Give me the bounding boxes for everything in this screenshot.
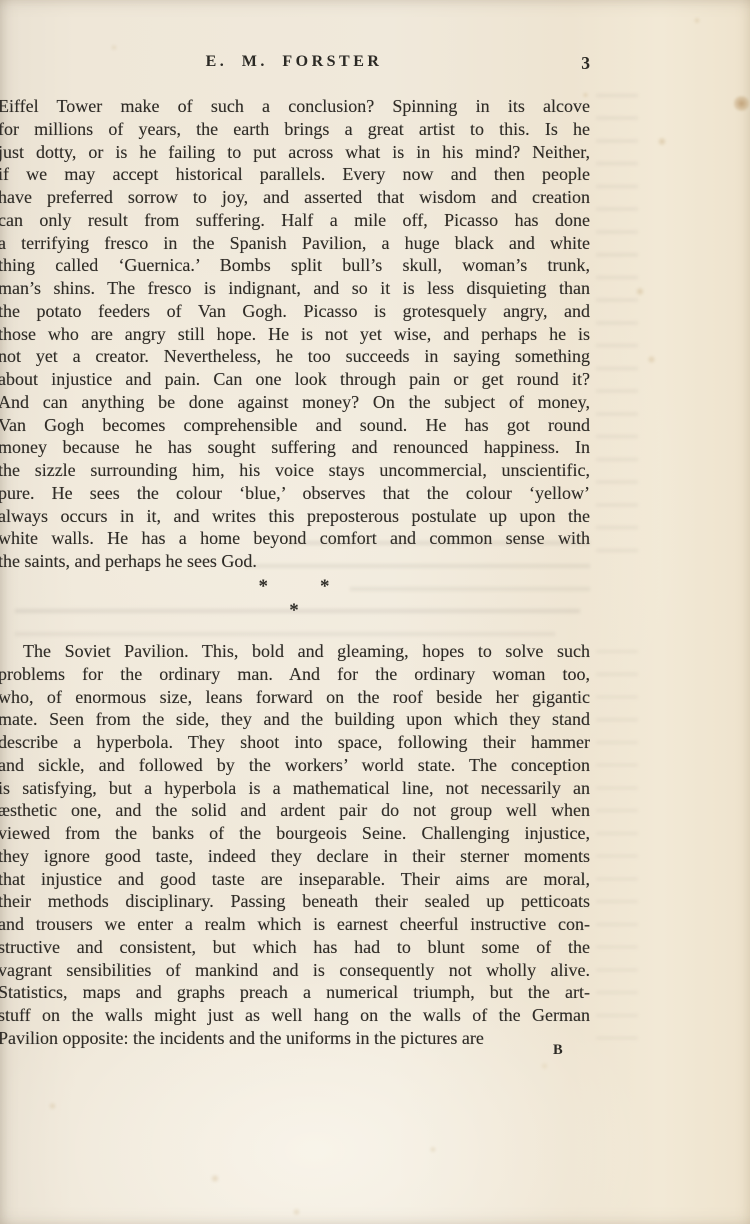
- text-line: who, of enormous size, leans forward on …: [0, 686, 590, 709]
- foxing-spot: [292, 1208, 301, 1216]
- text-line: stuff on the walls might just as well ha…: [0, 1004, 590, 1027]
- text-line: structive and consistent, but which has …: [0, 936, 590, 959]
- foxing-spot: [693, 17, 701, 24]
- text-line: white walls. He has a home beyond comfor…: [0, 527, 590, 550]
- text-line: for millions of years, the earth brings …: [0, 118, 590, 141]
- page-number: 3: [581, 53, 590, 74]
- text-line: man’s shins. The fresco is indignant, an…: [0, 277, 590, 300]
- foxing-spot: [657, 137, 667, 146]
- showthrough-column: [596, 650, 638, 1042]
- text-line: they ignore good taste, indeed they decl…: [0, 845, 590, 868]
- asterisk-glyph: *: [289, 603, 299, 619]
- text-line: money because he has sought suffering an…: [0, 436, 590, 459]
- running-head: E. M. FORSTER 3: [0, 53, 590, 75]
- text-line: a terrifying fresco in the Spanish Pavil…: [0, 232, 590, 255]
- text-line: and sickle, and followed by the workers’…: [0, 754, 590, 777]
- text-line: describe a hyperbola. They shoot into sp…: [0, 731, 590, 754]
- asterisk-section-break: ** *: [0, 579, 590, 621]
- text-line: mate. Seen from the side, they and the b…: [0, 708, 590, 731]
- text-line: just dotty, or is he failing to put acro…: [0, 141, 590, 164]
- paragraph: The Soviet Pavilion. This, bold and glea…: [0, 640, 590, 1050]
- foxing-spot: [429, 1146, 437, 1153]
- text-line: problems for the ordinary man. And for t…: [0, 663, 590, 686]
- text-line: viewed from the banks of the bourgeois S…: [0, 822, 590, 845]
- text-line: can only result from suffering. Half a m…: [0, 209, 590, 232]
- text-line: is satisfying, but a hyperbola is a math…: [0, 777, 590, 800]
- text-line: Pavilion opposite: the incidents and the…: [0, 1027, 590, 1050]
- foxing-spot: [110, 44, 118, 51]
- text-line: the potato feeders of Van Gogh. Picasso …: [0, 300, 590, 323]
- asterisk-row: *: [0, 603, 590, 621]
- text-line: those who are angry still hope. He is no…: [0, 323, 590, 346]
- text-line: if we may accept historical parallels. E…: [0, 163, 590, 186]
- foxing-spot: [540, 1062, 549, 1070]
- asterisk-glyph: *: [320, 579, 330, 595]
- foxing-spot: [210, 1174, 220, 1183]
- running-head-author: E. M. FORSTER: [0, 53, 590, 71]
- paragraph: Eiffel Tower make of such a conclusion? …: [0, 95, 590, 573]
- text-line: the sizzle surrounding him, his voice st…: [0, 459, 590, 482]
- text-line: vagrant sensibilities of mankind and is …: [0, 959, 590, 982]
- text-line: always occurs in it, and writes this pre…: [0, 505, 590, 528]
- text-line: Statistics, maps and graphs preach a num…: [0, 981, 590, 1004]
- text-line: æsthetic one, and the solid and ardent p…: [0, 799, 590, 822]
- showthrough-line: [15, 632, 555, 636]
- text-line: not yet a creator. Nevertheless, he too …: [0, 345, 590, 368]
- signature-mark: B: [553, 1042, 563, 1059]
- text-line: about injustice and pain. Can one look t…: [0, 368, 590, 391]
- asterisk-glyph: *: [259, 579, 269, 595]
- text-line: thing called ‘Guernica.’ Bombs split bul…: [0, 254, 590, 277]
- text-line: their methods disciplinary. Passing bene…: [0, 890, 590, 913]
- foxing-spot: [635, 287, 645, 296]
- asterisk-row: **: [0, 579, 590, 597]
- text-line: that injustice and good taste are insepa…: [0, 868, 590, 891]
- text-line: and trousers we enter a realm which is e…: [0, 913, 590, 936]
- text-line: And can anything be done against money? …: [0, 391, 590, 414]
- foxing-spot: [48, 1102, 57, 1110]
- text-line: have preferred sorrow to joy, and assert…: [0, 186, 590, 209]
- showthrough-column: [596, 94, 638, 564]
- text-line: The Soviet Pavilion. This, bold and glea…: [0, 640, 590, 663]
- text-line: Eiffel Tower make of such a conclusion? …: [0, 95, 590, 118]
- foxing-spot: [647, 355, 656, 364]
- text-line: pure. He sees the colour ‘blue,’ observe…: [0, 482, 590, 505]
- text-line: Van Gogh becomes comprehensible and soun…: [0, 414, 590, 437]
- book-page: E. M. FORSTER 3 Eiffel Tower make of suc…: [0, 0, 750, 1224]
- foxing-spot: [733, 96, 750, 111]
- text-line: the saints, and perhaps he sees God.: [0, 550, 590, 573]
